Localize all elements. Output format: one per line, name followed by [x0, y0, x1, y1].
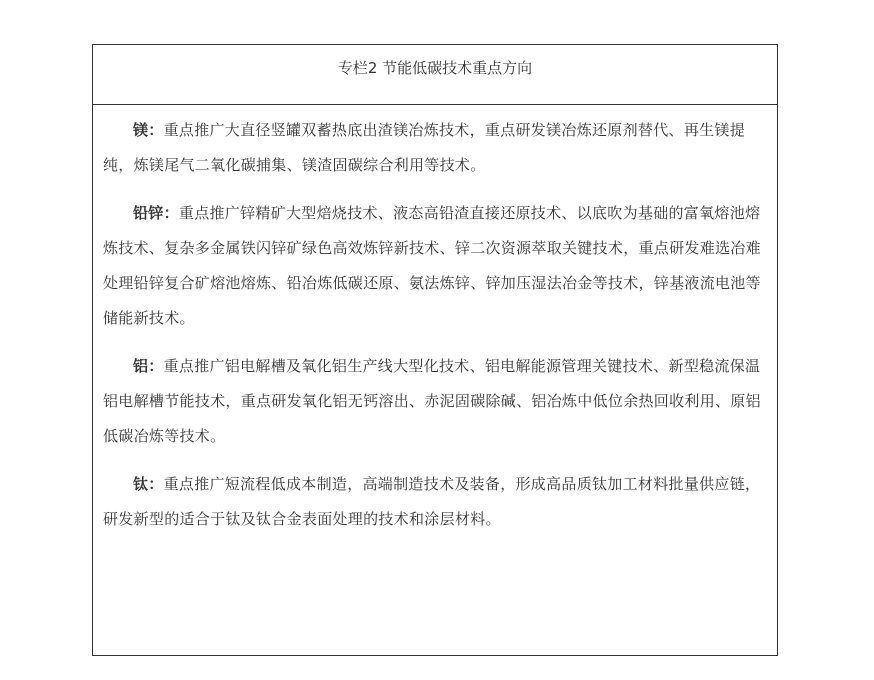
column-title: 专栏2 节能低碳技术重点方向	[93, 45, 777, 105]
section-aluminum: 铝：重点推广铝电解槽及氧化铝生产线大型化技术、铝电解能源管理关键技术、新型稳流保…	[103, 349, 767, 454]
section-term: 钛：	[133, 475, 164, 493]
section-text: 重点推广铝电解槽及氧化铝生产线大型化技术、铝电解能源管理关键技术、新型稳流保温铝…	[103, 357, 761, 445]
column-box: 专栏2 节能低碳技术重点方向 镁：重点推广大直径竖罐双蓄热底出渣镁冶炼技术，重点…	[92, 44, 778, 656]
section-text: 重点推广短流程低成本制造，高端制造技术及装备，形成高品质钛加工材料批量供应链，研…	[103, 475, 760, 528]
section-lead-zinc: 铅锌：重点推广锌精矿大型焙烧技术、液态高铅渣直接还原技术、以底吹为基础的富氧熔池…	[103, 196, 767, 336]
section-term: 铝：	[133, 357, 164, 375]
section-titanium: 钛：重点推广短流程低成本制造，高端制造技术及装备，形成高品质钛加工材料批量供应链…	[103, 467, 767, 537]
column-body: 镁：重点推广大直径竖罐双蓄热底出渣镁冶炼技术，重点研发镁冶炼还原剂替代、再生镁提…	[93, 105, 777, 537]
section-text: 重点推广锌精矿大型焙烧技术、液态高铅渣直接还原技术、以底吹为基础的富氧熔池熔炼技…	[103, 204, 761, 327]
section-text: 重点推广大直径竖罐双蓄热底出渣镁冶炼技术，重点研发镁冶炼还原剂替代、再生镁提纯，…	[103, 121, 745, 174]
section-term: 铅锌：	[133, 204, 179, 222]
section-magnesium: 镁：重点推广大直径竖罐双蓄热底出渣镁冶炼技术，重点研发镁冶炼还原剂替代、再生镁提…	[103, 113, 767, 183]
section-term: 镁：	[133, 121, 164, 139]
